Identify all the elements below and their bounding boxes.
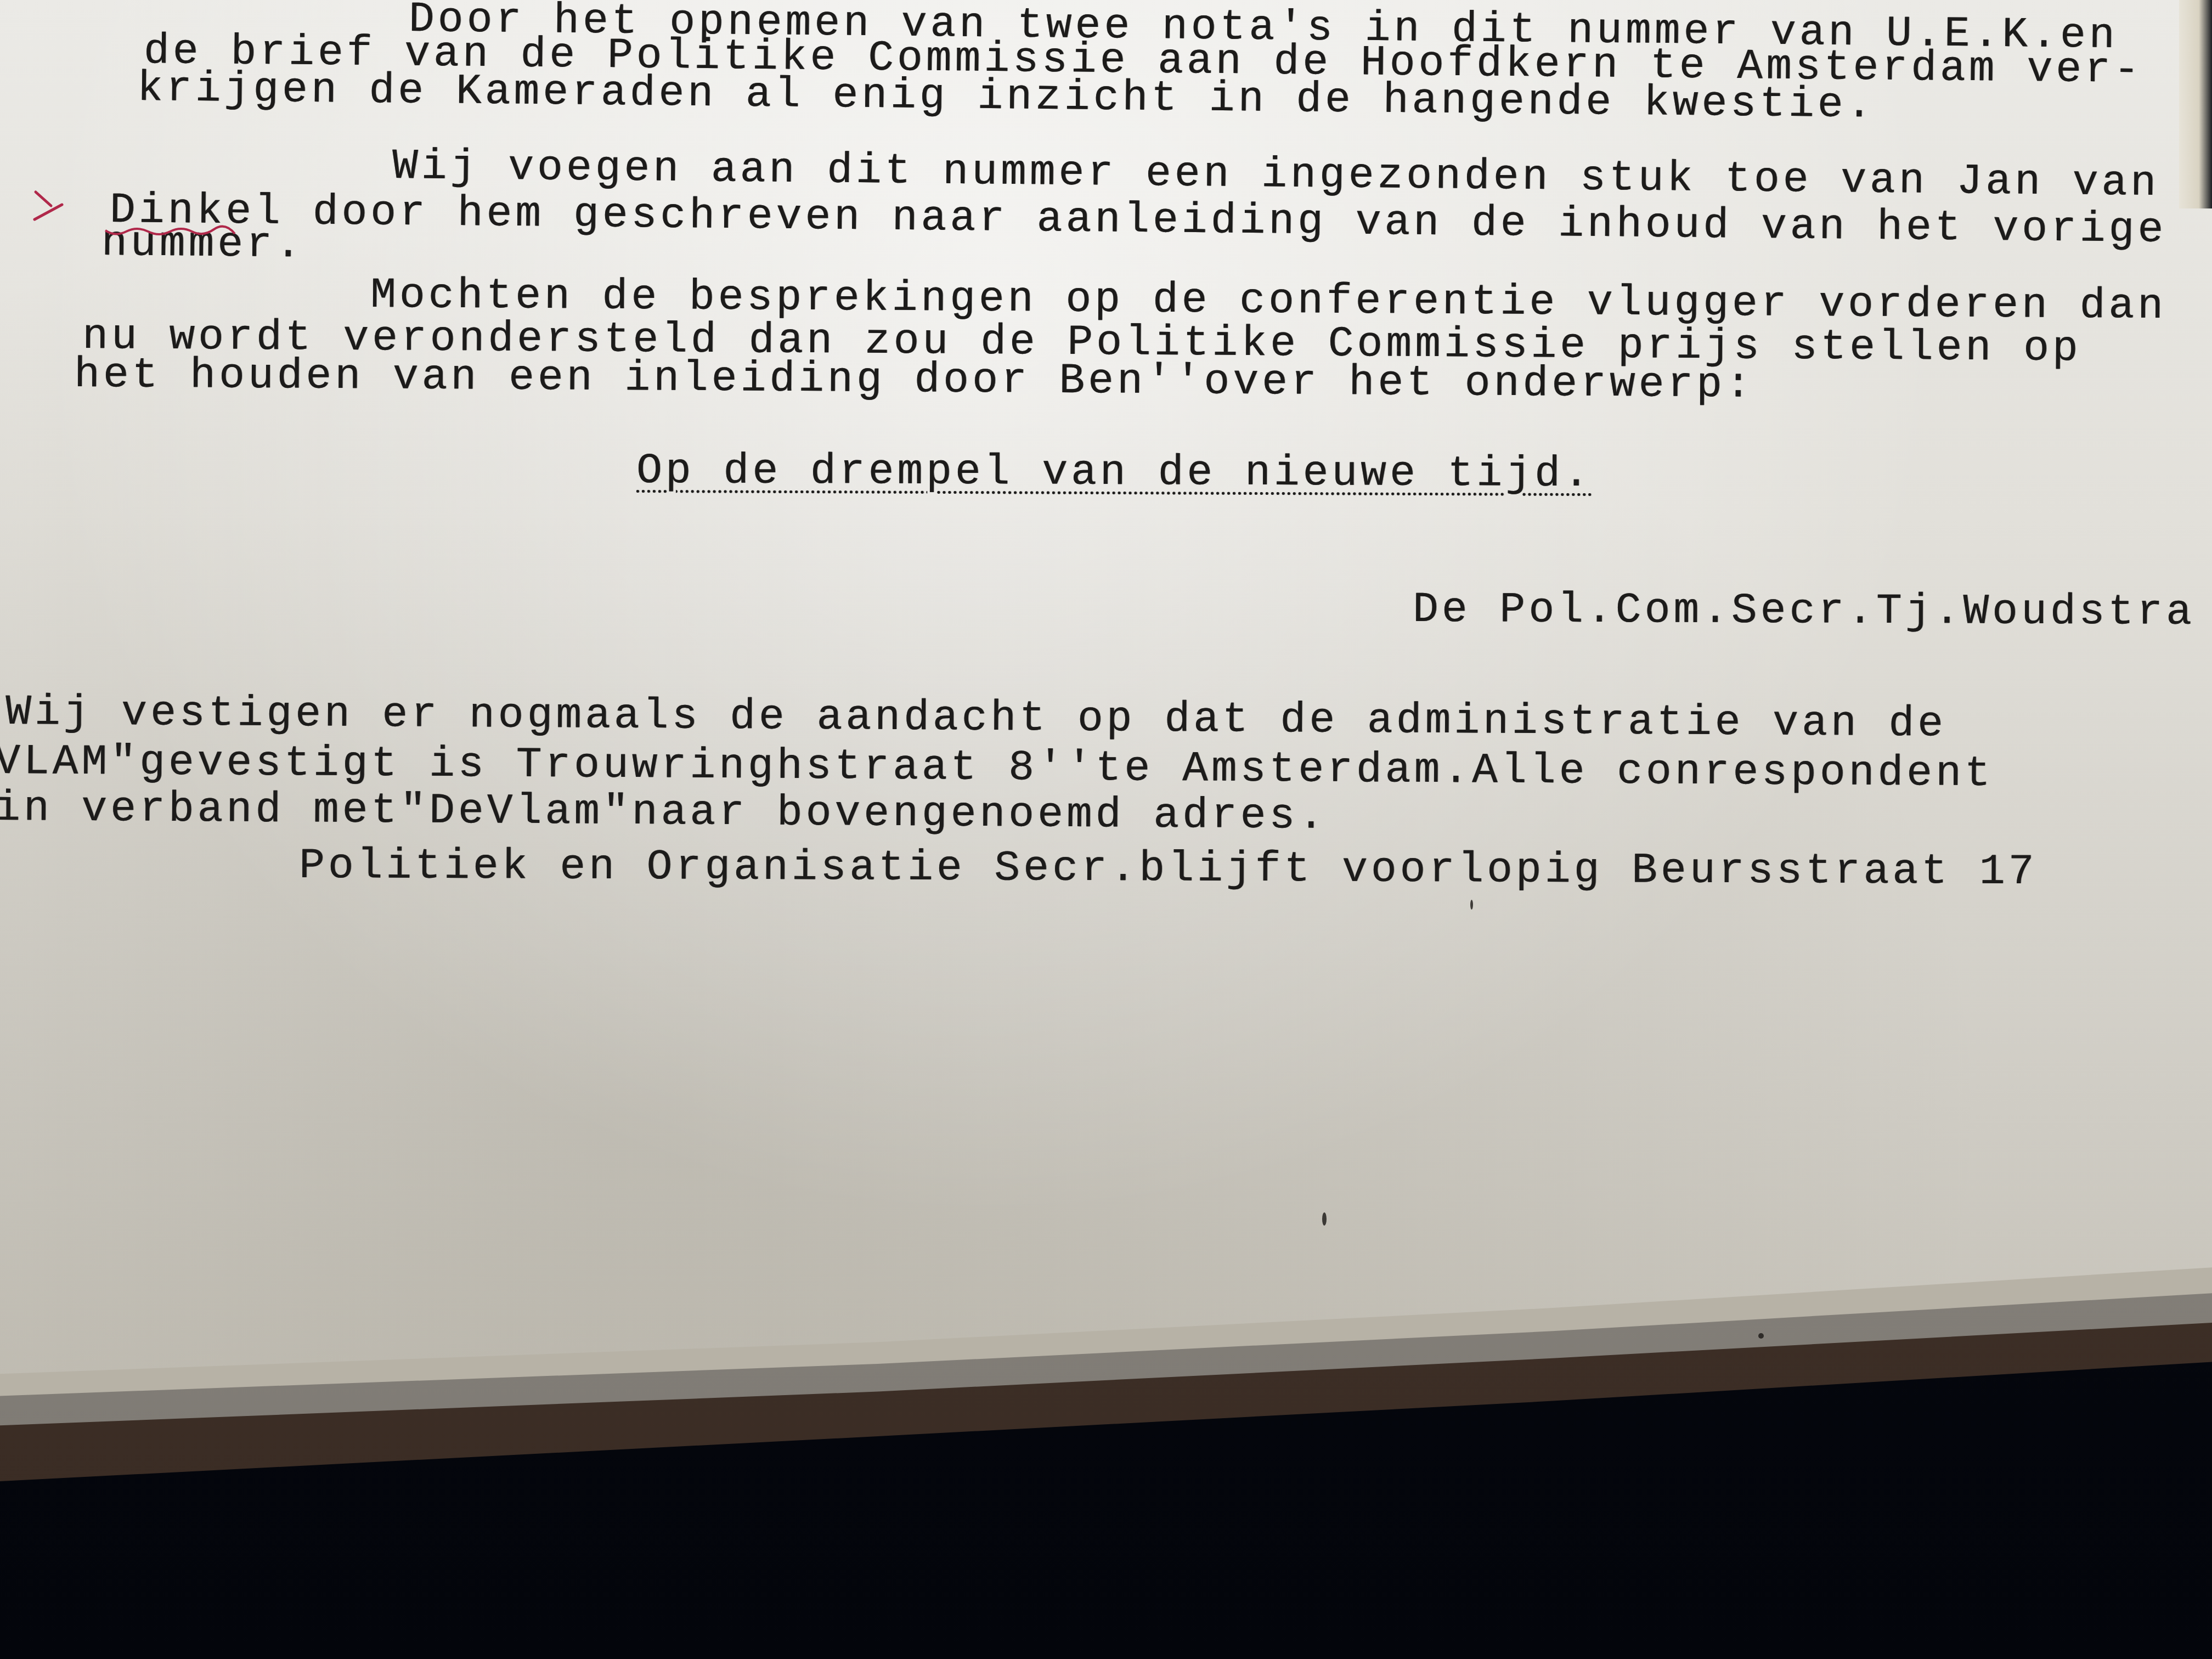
page-right-edge xyxy=(2179,0,2212,208)
signature: De Pol.Com.Secr.Tj.Woudstra xyxy=(1413,586,2195,637)
red-caret-mark-icon xyxy=(30,189,69,222)
ink-speck xyxy=(1758,1333,1764,1339)
ink-speck xyxy=(1322,1212,1327,1226)
red-wavy-underline-icon xyxy=(104,224,236,240)
paragraph-3-line-3: het houden van een inleiding door Ben''o… xyxy=(74,351,1754,410)
paragraph-4-line-3: in verband met"DeVlam"naar bovengenoemd … xyxy=(0,785,1327,841)
ink-speck xyxy=(1470,900,1473,910)
paragraph-4-line-4: Politiek en Organisatie Secr.blijft voor… xyxy=(299,842,2038,896)
lecture-title: Op de drempel van de nieuwe tijd. xyxy=(636,447,1593,499)
